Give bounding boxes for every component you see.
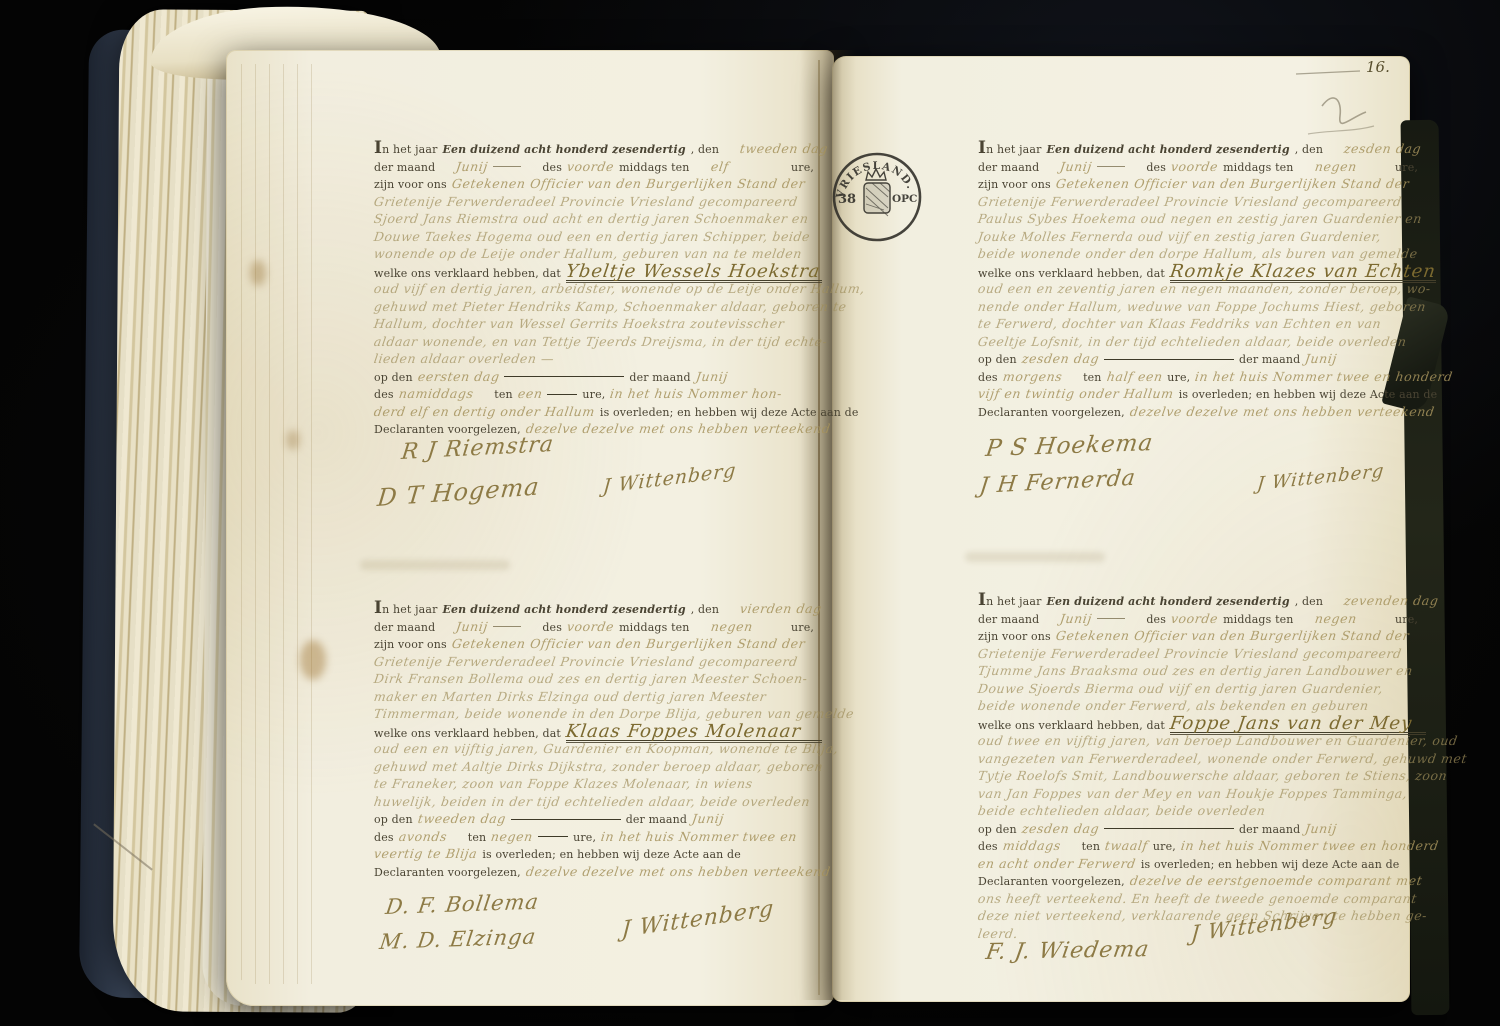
handwritten-place-1: in het huis Nommer twee en honderd bbox=[1194, 368, 1454, 385]
deceased-name-underline: Romkje Klazes van Echten bbox=[1170, 263, 1436, 281]
printed-op-den-label: op den bbox=[374, 369, 413, 386]
printed-des-label: des bbox=[1146, 159, 1166, 176]
handwritten-line: oud een en vijftig jaren, Guardenier en … bbox=[373, 740, 823, 758]
handwritten-death-month: Junij bbox=[695, 368, 729, 385]
printed-maand-label: der maand bbox=[978, 611, 1039, 628]
form-line-voorgelezen: Declaranten voorgelezen, dezelve dezelve… bbox=[978, 403, 1426, 421]
deceased-name: Foppe Jans van der Mey bbox=[1169, 715, 1414, 732]
handwritten-death-month: Junij bbox=[1304, 350, 1338, 367]
form-line-month-hour: der maand Junij des voorde middags ten e… bbox=[374, 158, 822, 176]
handwritten-line: Jouke Molles Fernerda oud vijf en zestig… bbox=[977, 228, 1427, 246]
filled-rule bbox=[538, 835, 568, 837]
printed-voorgelezen-label: Declaranten voorgelezen, bbox=[978, 404, 1125, 421]
printed-des-label: des bbox=[542, 159, 562, 176]
handwritten-death-day: zesden dag bbox=[1021, 350, 1101, 367]
signature: J H Fernerda bbox=[978, 466, 1137, 499]
handwritten-line: wonende op de Leije onder Hallum, gebure… bbox=[373, 245, 823, 263]
handwritten-death-month: Junij bbox=[1304, 820, 1338, 837]
handwritten-line: Douwe Sjoerds Bierma oud vijf en dertig … bbox=[977, 680, 1427, 698]
form-line-overleden: vijf en twintig onder Hallum is overlede… bbox=[978, 385, 1426, 403]
handwritten-death-month: Junij bbox=[691, 810, 725, 827]
handwritten-line: Geeltje Lofsnit, in der tijd echtelieden… bbox=[977, 333, 1427, 351]
handwritten-death-day: tweeden dag bbox=[417, 810, 507, 827]
filled-rule bbox=[1104, 827, 1234, 829]
handwritten-line: Douwe Taekes Hogema oud een en dertig ja… bbox=[373, 228, 823, 246]
handwritten-death-hour: half een bbox=[1105, 368, 1163, 385]
printed-overleden-label: is overleden; en hebben wij deze Acte aa… bbox=[1179, 386, 1438, 403]
handwritten-officials-start: Getekenen Officier van den Burgerlijken … bbox=[451, 635, 807, 652]
handwritten-place-2: en acht onder Ferwerd bbox=[977, 855, 1137, 872]
handwritten-daypart: voorde bbox=[566, 618, 615, 635]
form-line-month-hour: der maand Junij des voorde middags ten n… bbox=[374, 618, 822, 636]
handwritten-officials-start: Getekenen Officier van den Burgerlijken … bbox=[1055, 175, 1411, 192]
page-edge-lines bbox=[232, 64, 318, 984]
death-record-left-top: In het jaar Een duizend acht honderd zes… bbox=[374, 140, 822, 590]
death-record-left-bottom: In het jaar Een duizend acht honderd zes… bbox=[374, 600, 822, 1020]
filled-rule bbox=[547, 393, 577, 395]
handwritten-death-hour: twaalf bbox=[1104, 837, 1149, 854]
printed-overleden-label: is overleden; en hebben wij deze Acte aa… bbox=[1141, 856, 1400, 873]
handwritten-death-hour: een bbox=[517, 385, 544, 402]
handwritten-line: beide echtelieden aldaar, beide overlede… bbox=[977, 802, 1427, 820]
printed-year-suffix: , den bbox=[691, 601, 719, 618]
form-line-year: In het jaar Een duizend acht honderd zes… bbox=[978, 140, 1426, 158]
form-line-officials: zijn voor ons Getekenen Officier van den… bbox=[978, 627, 1426, 645]
handwritten-line: te Franeker, zoon van Foppe Klazes Molen… bbox=[373, 775, 823, 793]
handwritten-line: te Ferwerd, dochter van Klaas Feddriks v… bbox=[977, 315, 1427, 333]
printed-ure-label: ure, bbox=[791, 619, 814, 636]
handwritten-line: Grietenije Ferwerderadeel Provincie Vrie… bbox=[977, 645, 1427, 663]
printed-des2-label: des bbox=[374, 386, 394, 403]
handwritten-death-part: middags bbox=[1001, 837, 1061, 854]
handwritten-line: oud een en zeventig jaren en negen maand… bbox=[977, 280, 1427, 298]
handwritten-death-day: eersten dag bbox=[417, 368, 501, 385]
form-line-death-day: op den tweeden dag der maand Junij bbox=[374, 810, 822, 828]
handwritten-closing: dezelve dezelve met ons hebben verteeken… bbox=[525, 863, 832, 880]
printed-op-den-label: op den bbox=[978, 351, 1017, 368]
form-line-year: In het jaar Een duizend acht honderd zes… bbox=[978, 592, 1426, 610]
handwritten-officials-start: Getekenen Officier van den Burgerlijken … bbox=[1055, 627, 1411, 644]
stamp-right-text: OPC bbox=[892, 193, 917, 205]
handwritten-hour: negen bbox=[1313, 610, 1357, 627]
printed-des2-label: des bbox=[374, 829, 394, 846]
paper-stain bbox=[250, 260, 266, 286]
printed-op-den-label: op den bbox=[374, 811, 413, 828]
registry-book-photo: 16. VRIESLAND. 38 OPC In het jaar Een du… bbox=[0, 0, 1500, 1026]
printed-des-label: des bbox=[1146, 611, 1166, 628]
form-line-declared: welke ons verklaard hebben, dat Romkje K… bbox=[978, 263, 1426, 281]
form-line-declared: welke ons verklaard hebben, dat Foppe Ja… bbox=[978, 715, 1426, 733]
paper-stain bbox=[300, 640, 326, 680]
handwritten-line: ons heeft verteekend. En heeft de tweede… bbox=[977, 890, 1427, 908]
printed-year-suffix: , den bbox=[691, 141, 719, 158]
deceased-name-underline: Foppe Jans van der Mey bbox=[1170, 715, 1426, 733]
form-line-year: In het jaar Een duizend acht honderd zes… bbox=[374, 600, 822, 618]
handwritten-line: Tytje Roelofs Smit, Landbouwersche aldaa… bbox=[977, 767, 1427, 785]
handwritten-closing: dezelve dezelve met ons hebben verteeken… bbox=[525, 420, 832, 437]
form-line-officials: zijn voor ons Getekenen Officier van den… bbox=[374, 175, 822, 193]
handwritten-daypart: voorde bbox=[1170, 610, 1219, 627]
handwritten-line: nende onder Hallum, weduwe van Foppe Joc… bbox=[977, 298, 1427, 316]
printed-year-prefix: In het jaar bbox=[978, 592, 1042, 610]
stamp-left-text: 38 bbox=[838, 192, 856, 207]
handwritten-line: oud vijf en dertig jaren, arbeidster, wo… bbox=[373, 280, 823, 298]
handwritten-day: zevenden dag bbox=[1343, 592, 1440, 609]
printed-verklaard-label: welke ons verklaard hebben, dat bbox=[978, 717, 1165, 734]
handwritten-death-part: namiddags bbox=[397, 385, 474, 402]
form-line-officials: zijn voor ons Getekenen Officier van den… bbox=[978, 175, 1426, 193]
handwritten-death-part: avonds bbox=[397, 828, 447, 845]
printed-der-maand-label: der maand bbox=[1239, 821, 1300, 838]
handwritten-closing: dezelve de eerstgenoemde comparant met bbox=[1129, 872, 1424, 889]
printed-middags-label: middags ten bbox=[1223, 159, 1293, 176]
handwritten-death-day: zesden dag bbox=[1021, 820, 1101, 837]
handwritten-line: Sjoerd Jans Riemstra oud acht en dertig … bbox=[373, 210, 823, 228]
printed-op-den-label: op den bbox=[978, 821, 1017, 838]
printed-maand-label: der maand bbox=[978, 159, 1039, 176]
form-line-death-day: op den zesden dag der maand Junij bbox=[978, 820, 1426, 838]
death-record-right-bottom: In het jaar Een duizend acht honderd zes… bbox=[978, 592, 1426, 1022]
printed-maand-label: der maand bbox=[374, 159, 435, 176]
filled-dash bbox=[493, 165, 521, 167]
printed-voor-ons-label: zijn voor ons bbox=[374, 176, 447, 193]
printed-ure2-label: ure, bbox=[1167, 369, 1190, 386]
printed-middags-label: middags ten bbox=[1223, 611, 1293, 628]
printed-ure2-label: ure, bbox=[1153, 838, 1176, 855]
handwritten-closing: dezelve dezelve met ons hebben verteeken… bbox=[1129, 403, 1436, 420]
form-line-overleden: veertig te Blija is overleden; en hebben… bbox=[374, 845, 822, 863]
printed-ure2-label: ure, bbox=[582, 386, 605, 403]
printed-middags-label: middags ten bbox=[619, 159, 689, 176]
printed-ten-label: ten bbox=[468, 829, 486, 846]
printed-ure-label: ure, bbox=[1395, 159, 1418, 176]
handwritten-month: Junij bbox=[1059, 158, 1093, 175]
signature: M. D. Elzinga bbox=[378, 924, 538, 954]
filled-dash bbox=[1097, 165, 1125, 167]
printed-voor-ons-label: zijn voor ons bbox=[978, 628, 1051, 645]
printed-der-maand-label: der maand bbox=[1239, 351, 1300, 368]
handwritten-line: oud twee en vijftig jaren, van beroep La… bbox=[977, 732, 1427, 750]
handwritten-month: Junij bbox=[1059, 610, 1093, 627]
handwritten-line: Grietenije Ferwerderadeel Provincie Vrie… bbox=[373, 653, 823, 671]
form-line-death-hour: des namiddags ten een ure, in het huis N… bbox=[374, 385, 822, 403]
handwritten-line: vangezeten van Ferwerderadeel, wonende o… bbox=[977, 750, 1427, 768]
form-line-death-hour: des avonds ten negen ure, in het huis No… bbox=[374, 828, 822, 846]
form-line-year: In het jaar Een duizend acht honderd zes… bbox=[374, 140, 822, 158]
handwritten-line: Paulus Sybes Hoekema oud negen en zestig… bbox=[977, 210, 1427, 228]
printed-ure-label: ure, bbox=[791, 159, 814, 176]
printed-verklaard-label: welke ons verklaard hebben, dat bbox=[374, 265, 561, 282]
deceased-name: Romkje Klazes van Echten bbox=[1169, 263, 1437, 280]
printed-voorgelezen-label: Declaranten voorgelezen, bbox=[978, 873, 1125, 890]
handwritten-place-1: in het huis Nommer twee en honderd bbox=[1180, 837, 1440, 854]
printed-year-prefix: In het jaar bbox=[374, 600, 438, 618]
printed-voor-ons-label: zijn voor ons bbox=[374, 636, 447, 653]
handwritten-line: aldaar wonende, en van Tettje Tjeerds Dr… bbox=[373, 333, 823, 351]
handwritten-hour: negen bbox=[1313, 158, 1357, 175]
form-line-death-hour: des morgens ten half een ure, in het hui… bbox=[978, 368, 1426, 386]
signature: J Wittenberg bbox=[1256, 460, 1385, 495]
handwritten-line: gehuwd met Aaltje Dirks Dijkstra, zonder… bbox=[373, 758, 823, 776]
printed-year-words: Een duizend acht honderd zesendertig bbox=[443, 601, 686, 618]
signature: P S Hoekema bbox=[984, 430, 1155, 462]
handwritten-month: Junij bbox=[455, 618, 489, 635]
filled-rule bbox=[511, 818, 621, 820]
handwritten-day: vierden dag bbox=[739, 600, 823, 617]
form-line-overleden: en acht onder Ferwerd is overleden; en h… bbox=[978, 855, 1426, 873]
handwritten-line: gehuwd met Pieter Hendriks Kamp, Schoenm… bbox=[373, 298, 823, 316]
printed-year-suffix: , den bbox=[1295, 141, 1323, 158]
handwritten-line: huwelijk, beiden in der tijd echtelieden… bbox=[373, 793, 823, 811]
handwritten-place-1: in het huis Nommer twee en bbox=[600, 828, 798, 845]
deceased-name: Klaas Foppes Molenaar bbox=[565, 723, 802, 740]
printed-verklaard-label: welke ons verklaard hebben, dat bbox=[978, 265, 1165, 282]
form-line-overleden: derd elf en dertig onder Hallum is overl… bbox=[374, 403, 822, 421]
form-line-death-day: op den eersten dag der maand Junij bbox=[374, 368, 822, 386]
printed-year-words: Een duizend acht honderd zesendertig bbox=[443, 141, 686, 158]
handwritten-place-1: in het huis Nommer hon- bbox=[609, 385, 784, 402]
filled-dash bbox=[1097, 617, 1125, 619]
handwritten-line: beide wonende onder Ferwerd, als bekende… bbox=[977, 697, 1427, 715]
handwritten-place-2: derd elf en dertig onder Hallum bbox=[373, 403, 596, 420]
form-line-month-hour: der maand Junij des voorde middags ten n… bbox=[978, 610, 1426, 628]
deceased-name: Ybeltje Wessels Hoekstra bbox=[565, 263, 822, 280]
handwritten-line: Grietenije Ferwerderadeel Provincie Vrie… bbox=[977, 193, 1427, 211]
signature: J Wittenberg bbox=[602, 459, 737, 498]
deceased-name-underline: Ybeltje Wessels Hoekstra bbox=[566, 263, 822, 281]
printed-ten-label: ten bbox=[494, 386, 512, 403]
handwritten-officials-start: Getekenen Officier van den Burgerlijken … bbox=[451, 175, 807, 192]
handwritten-hour: elf bbox=[709, 158, 729, 175]
printed-ten-label: ten bbox=[1082, 838, 1100, 855]
form-line-death-day: op den zesden dag der maand Junij bbox=[978, 350, 1426, 368]
handwritten-line: lieden aldaar overleden — bbox=[373, 350, 823, 368]
form-line-voorgelezen: Declaranten voorgelezen, dezelve dezelve… bbox=[374, 863, 822, 881]
handwritten-month: Junij bbox=[455, 158, 489, 175]
handwritten-place-2: veertig te Blija bbox=[373, 845, 479, 862]
printed-ten-label: ten bbox=[1083, 369, 1101, 386]
form-line-officials: zijn voor ons Getekenen Officier van den… bbox=[374, 635, 822, 653]
printed-maand-label: der maand bbox=[374, 619, 435, 636]
form-line-voorgelezen: Declaranten voorgelezen, dezelve de eers… bbox=[978, 872, 1426, 890]
printed-overleden-label: is overleden; en hebben wij deze Acte aa… bbox=[600, 404, 859, 421]
printed-des-label: des bbox=[542, 619, 562, 636]
handwritten-day: tweeden dag bbox=[739, 140, 829, 157]
signature: D. F. Bollema bbox=[384, 890, 541, 919]
handwritten-line: Dirk Fransen Bollema oud zes en dertig j… bbox=[373, 670, 823, 688]
paper-stain bbox=[286, 430, 300, 450]
printed-ure2-label: ure, bbox=[573, 829, 596, 846]
printed-verklaard-label: welke ons verklaard hebben, dat bbox=[374, 725, 561, 742]
handwritten-line: Hallum, dochter van Wessel Gerrits Hoeks… bbox=[373, 315, 823, 333]
printed-des2-label: des bbox=[978, 838, 998, 855]
deceased-name-underline: Klaas Foppes Molenaar bbox=[566, 723, 822, 741]
printed-year-words: Een duizend acht honderd zesendertig bbox=[1047, 593, 1290, 610]
handwritten-line: Tjumme Jans Braaksma oud zes en dertig j… bbox=[977, 662, 1427, 680]
form-line-declared: welke ons verklaard hebben, dat Klaas Fo… bbox=[374, 723, 822, 741]
printed-year-prefix: In het jaar bbox=[978, 140, 1042, 158]
signature: F. J. Wiedema bbox=[984, 937, 1151, 965]
printed-voorgelezen-label: Declaranten voorgelezen, bbox=[374, 864, 521, 881]
form-line-declared: welke ons verklaard hebben, dat Ybeltje … bbox=[374, 263, 822, 281]
handwritten-line: Timmerman, beide wonende in den Dorpe Bl… bbox=[373, 705, 823, 723]
form-line-death-hour: des middags ten twaalf ure, in het huis … bbox=[978, 837, 1426, 855]
form-line-month-hour: der maand Junij des voorde middags ten n… bbox=[978, 158, 1426, 176]
printed-middags-label: middags ten bbox=[619, 619, 689, 636]
handwritten-hour: negen bbox=[709, 618, 753, 635]
printed-year-suffix: , den bbox=[1295, 593, 1323, 610]
handwritten-line: van Jan Foppes van der Mey en van Houkje… bbox=[977, 785, 1427, 803]
death-record-right-top: In het jaar Een duizend acht honderd zes… bbox=[978, 140, 1426, 580]
handwritten-daypart: voorde bbox=[566, 158, 615, 175]
province-stamp: VRIESLAND. 38 OPC bbox=[830, 150, 924, 244]
printed-ure-label: ure, bbox=[1395, 611, 1418, 628]
printed-year-words: Een duizend acht honderd zesendertig bbox=[1047, 141, 1290, 158]
handwritten-day: zesden dag bbox=[1343, 140, 1423, 157]
printed-der-maand-label: der maand bbox=[629, 369, 690, 386]
printed-voor-ons-label: zijn voor ons bbox=[978, 176, 1051, 193]
handwritten-place-2: vijf en twintig onder Hallum bbox=[977, 385, 1175, 402]
signature: J Wittenberg bbox=[621, 896, 775, 943]
filled-rule bbox=[504, 375, 624, 377]
printed-overleden-label: is overleden; en hebben wij deze Acte aa… bbox=[482, 846, 741, 863]
printed-des2-label: des bbox=[978, 369, 998, 386]
signature: D T Hogema bbox=[376, 472, 541, 512]
filled-dash bbox=[493, 625, 521, 627]
handwritten-line: Grietenije Ferwerderadeel Provincie Vrie… bbox=[373, 193, 823, 211]
filled-rule bbox=[1104, 358, 1234, 360]
handwritten-death-part: morgens bbox=[1001, 368, 1063, 385]
handwritten-line: beide wonende onder den dorpe Hallum, al… bbox=[977, 245, 1427, 263]
handwritten-line: maker en Marten Dirks Elzinga oud dertig… bbox=[373, 688, 823, 706]
printed-der-maand-label: der maand bbox=[626, 811, 687, 828]
form-line-voorgelezen: Declaranten voorgelezen, dezelve dezelve… bbox=[374, 420, 822, 438]
printed-year-prefix: In het jaar bbox=[374, 140, 438, 158]
handwritten-daypart: voorde bbox=[1170, 158, 1219, 175]
handwritten-death-hour: negen bbox=[490, 828, 534, 845]
